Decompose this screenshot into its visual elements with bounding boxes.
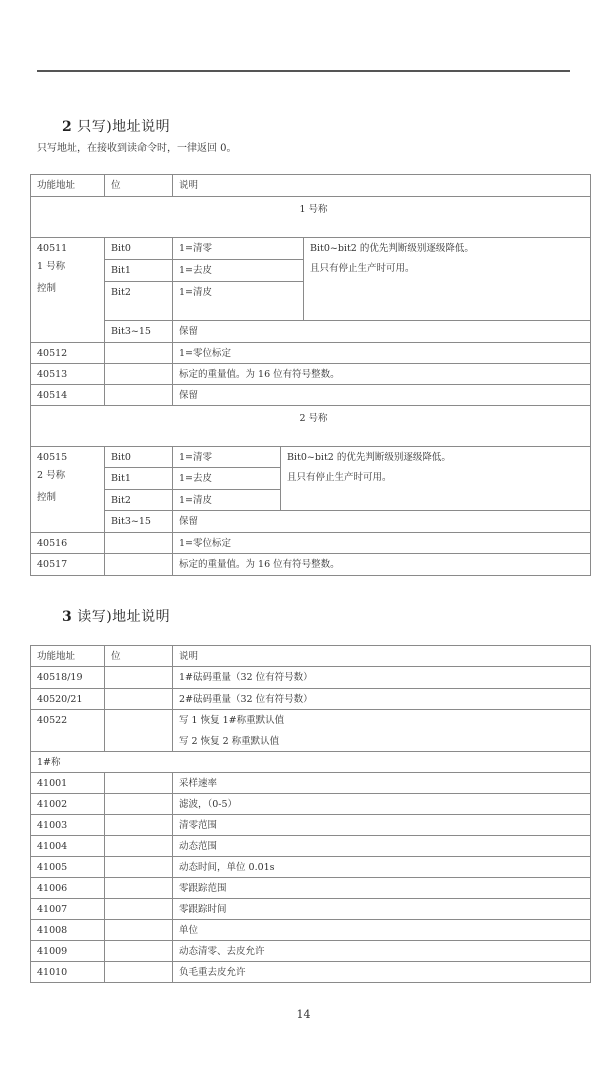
header-rule xyxy=(37,70,570,72)
bit-cell xyxy=(105,385,173,406)
table-row: 40513 标定的重量值。为 16 位有符号整数。 xyxy=(31,364,591,385)
ctrl-name: 2 号称 xyxy=(37,469,104,491)
header-bit: 位 xyxy=(105,175,173,197)
table-row: 40518/19 1#砝码重量（32 位有符号数） xyxy=(31,667,591,689)
ctrl-name-2: 控制 xyxy=(37,282,104,302)
bit-cell xyxy=(105,815,173,836)
desc-cell: 保留 xyxy=(173,385,591,406)
bit-cell xyxy=(105,941,173,962)
bit-desc: 1=清皮 xyxy=(173,282,304,321)
bit-cell xyxy=(105,554,173,576)
address-cell: 41007 xyxy=(31,899,105,920)
table-row: 40514 保留 xyxy=(31,385,591,406)
bit-desc: 1=清零 xyxy=(173,238,304,260)
bit-note-line-1: Bit0~bit2 的优先判断级别逐级降低。 xyxy=(287,451,590,471)
bit-label: Bit2 xyxy=(105,490,173,511)
ctrl-name: 1 号称 xyxy=(37,260,104,282)
bit-label: Bit3~15 xyxy=(105,511,173,533)
table-row: 41004 动态范围 xyxy=(31,836,591,857)
desc-cell: 采样速率 xyxy=(173,773,591,794)
bit-cell xyxy=(105,899,173,920)
group-label: 1#称 xyxy=(31,752,591,773)
bit-label: Bit0 xyxy=(105,238,173,260)
group-row-scale-2: 2 号称 xyxy=(31,406,591,447)
header-bit: 位 xyxy=(105,646,173,667)
desc-cell: 2#砝码重量（32 位有符号数） xyxy=(173,689,591,710)
header-address: 功能地址 xyxy=(31,646,105,667)
ctrl-address: 40511 xyxy=(37,242,104,260)
bit-cell xyxy=(105,773,173,794)
restore-line-2: 写 2 恢复 2 称重默认值 xyxy=(179,735,590,748)
bit-label: Bit3~15 xyxy=(105,321,173,343)
section-2-intro: 只写地址，在接收到读命令时，一律返回 0。 xyxy=(37,139,237,154)
address-cell: 40517 xyxy=(31,554,105,576)
bit-label: Bit2 xyxy=(105,282,173,321)
table-row: 40512 1=零位标定 xyxy=(31,343,591,364)
bit-cell xyxy=(105,343,173,364)
header-address: 功能地址 xyxy=(31,175,105,197)
bit-note-line-2: 且只有停止生产时可用。 xyxy=(287,471,590,484)
address-cell: 41004 xyxy=(31,836,105,857)
table-row: 41003 清零范围 xyxy=(31,815,591,836)
bit-cell xyxy=(105,667,173,689)
ctrl-address: 40515 xyxy=(37,451,104,469)
address-cell: 40520/21 xyxy=(31,689,105,710)
desc-cell: 负毛重去皮允许 xyxy=(173,962,591,983)
address-cell: 41005 xyxy=(31,857,105,878)
bit-cell xyxy=(105,533,173,554)
bit-desc: 1=清皮 xyxy=(173,490,281,511)
bit-desc: 1=去皮 xyxy=(173,468,281,490)
address-cell: 41002 xyxy=(31,794,105,815)
address-cell: 41009 xyxy=(31,941,105,962)
table-row: 40522 写 1 恢复 1#称重默认值 写 2 恢复 2 称重默认值 xyxy=(31,710,591,752)
address-cell: 40522 xyxy=(31,710,105,752)
bit-cell xyxy=(105,836,173,857)
desc-cell: 写 1 恢复 1#称重默认值 写 2 恢复 2 称重默认值 xyxy=(173,710,591,752)
section-2-number: 2 xyxy=(62,119,72,135)
section-3-title: 读写)地址说明 xyxy=(77,609,170,625)
table-row: 40516 1=零位标定 xyxy=(31,533,591,554)
bit-cell xyxy=(105,710,173,752)
bit-note-line-1: Bit0~bit2 的优先判断级别逐级降低。 xyxy=(310,242,590,262)
table-row: 40517 标定的重量值。为 16 位有符号整数。 xyxy=(31,554,591,576)
write-only-address-table-scale-2: 40515 2 号称 控制 Bit0 1=清零 Bit0~bit2 的优先判断级… xyxy=(30,446,591,576)
desc-cell: 标定的重量值。为 16 位有符号整数。 xyxy=(173,554,591,576)
bit-cell xyxy=(105,857,173,878)
section-2-title: 只写)地址说明 xyxy=(77,119,170,135)
address-cell: 40516 xyxy=(31,533,105,554)
table-row: 40520/21 2#砝码重量（32 位有符号数） xyxy=(31,689,591,710)
section-3-heading: 3 读写)地址说明 xyxy=(62,606,170,626)
write-only-address-table: 功能地址 位 说明 1 号称 40511 1 号称 控制 Bit0 1=清零 B… xyxy=(30,174,591,447)
address-cell: 40518/19 xyxy=(31,667,105,689)
table-row: 41001 采样速率 xyxy=(31,773,591,794)
table-row: 41007 零跟踪时间 xyxy=(31,899,591,920)
table-row: 40515 2 号称 控制 Bit0 1=清零 Bit0~bit2 的优先判断级… xyxy=(31,447,591,468)
table-row: Bit3~15 保留 xyxy=(31,321,591,343)
table-row: 41002 滤波，（0-5） xyxy=(31,794,591,815)
bit-label: Bit1 xyxy=(105,468,173,490)
bit-cell xyxy=(105,878,173,899)
bit-note-cell: Bit0~bit2 的优先判断级别逐级降低。 且只有停止生产时可用。 xyxy=(281,447,591,511)
desc-cell: 动态范围 xyxy=(173,836,591,857)
section-2-heading: 2 只写)地址说明 xyxy=(62,116,170,136)
desc-cell: 零跟踪时间 xyxy=(173,899,591,920)
bit-cell xyxy=(105,920,173,941)
bit-label: Bit0 xyxy=(105,447,173,468)
bit-cell xyxy=(105,364,173,385)
group-row-scale-1: 1 号称 xyxy=(31,197,591,238)
table-row: 41005 动态时间，单位 0.01s xyxy=(31,857,591,878)
desc-cell: 动态清零、去皮允许 xyxy=(173,941,591,962)
bit-note-line-2: 且只有停止生产时可用。 xyxy=(310,262,590,275)
desc-cell: 1=零位标定 xyxy=(173,343,591,364)
desc-cell: 滤波，（0-5） xyxy=(173,794,591,815)
table-row: 41009 动态清零、去皮允许 xyxy=(31,941,591,962)
bit-cell xyxy=(105,689,173,710)
desc-cell: 动态时间，单位 0.01s xyxy=(173,857,591,878)
bit-desc: 1=清零 xyxy=(173,447,281,468)
address-cell: 41010 xyxy=(31,962,105,983)
bit-desc: 保留 xyxy=(173,511,591,533)
ctrl-name-2: 控制 xyxy=(37,491,104,511)
table-row: 41008 单位 xyxy=(31,920,591,941)
address-cell: 41001 xyxy=(31,773,105,794)
bit-desc: 1=去皮 xyxy=(173,260,304,282)
address-cell: 40514 xyxy=(31,385,105,406)
address-cell: 41003 xyxy=(31,815,105,836)
table-row: Bit3~15 保留 xyxy=(31,511,591,533)
bit-cell xyxy=(105,962,173,983)
bit-label: Bit1 xyxy=(105,260,173,282)
ctrl-address-cell: 40515 2 号称 控制 xyxy=(31,447,105,533)
restore-line-1: 写 1 恢复 1#称重默认值 xyxy=(179,714,590,735)
table-row: 41010 负毛重去皮允许 xyxy=(31,962,591,983)
table-header-row: 功能地址 位 说明 xyxy=(31,646,591,667)
desc-cell: 清零范围 xyxy=(173,815,591,836)
group-title: 2 号称 xyxy=(31,406,591,447)
section-3-number: 3 xyxy=(62,609,72,625)
desc-cell: 1#砝码重量（32 位有符号数） xyxy=(173,667,591,689)
desc-cell: 标定的重量值。为 16 位有符号整数。 xyxy=(173,364,591,385)
table-row: 41006 零跟踪范围 xyxy=(31,878,591,899)
group-title: 1 号称 xyxy=(31,197,591,238)
desc-cell: 单位 xyxy=(173,920,591,941)
page-number: 14 xyxy=(0,1008,607,1021)
address-cell: 41006 xyxy=(31,878,105,899)
address-cell: 40512 xyxy=(31,343,105,364)
desc-cell: 零跟踪范围 xyxy=(173,878,591,899)
address-cell: 40513 xyxy=(31,364,105,385)
group-row-scale-1: 1#称 xyxy=(31,752,591,773)
bit-note-cell: Bit0~bit2 的优先判断级别逐级降低。 且只有停止生产时可用。 xyxy=(304,238,591,321)
read-write-address-table: 功能地址 位 说明 40518/19 1#砝码重量（32 位有符号数） 4052… xyxy=(30,645,591,983)
table-row: 40511 1 号称 控制 Bit0 1=清零 Bit0~bit2 的优先判断级… xyxy=(31,238,591,260)
ctrl-address-cell: 40511 1 号称 控制 xyxy=(31,238,105,343)
bit-cell xyxy=(105,794,173,815)
table-header-row: 功能地址 位 说明 xyxy=(31,175,591,197)
address-cell: 41008 xyxy=(31,920,105,941)
header-desc: 说明 xyxy=(173,646,591,667)
header-desc: 说明 xyxy=(173,175,591,197)
desc-cell: 1=零位标定 xyxy=(173,533,591,554)
bit-desc: 保留 xyxy=(173,321,591,343)
